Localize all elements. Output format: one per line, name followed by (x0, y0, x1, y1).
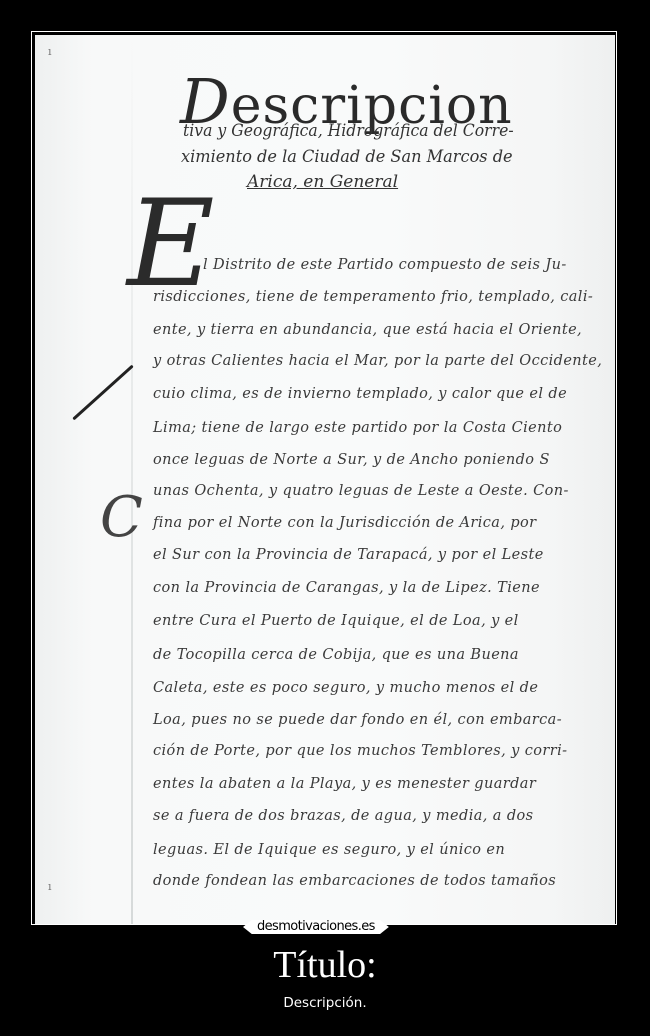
manuscript-line: se a fuera de dos brazas, de agua, y med… (153, 808, 603, 824)
manuscript-line: donde fondean las embarcaciones de todos… (153, 873, 603, 889)
manuscript-line: once leguas de Norte a Sur, y de Ancho p… (153, 452, 603, 468)
poster-title: Título: (0, 943, 650, 987)
manuscript-line: de Tocopilla cerca de Cobija, que es una… (153, 647, 603, 663)
page-mark: ı (48, 45, 52, 58)
manuscript-line: l Distrito de este Partido compuesto de … (203, 257, 615, 273)
manuscript-line: risdicciones, tiene de temperamento frio… (153, 289, 603, 305)
manuscript-line: con la Provincia de Carangas, y la de Li… (153, 580, 603, 596)
manuscript-line: entes la abaten a la Playa, y es meneste… (153, 776, 603, 792)
manuscript-line: ción de Porte, por que los muchos Temblo… (153, 743, 603, 759)
manuscript-line: cuio clima, es de invierno templado, y c… (153, 386, 603, 402)
manuscript-line: fina por el Norte con la Jurisdicción de… (153, 515, 603, 531)
manuscript-line: entre Cura el Puerto de Iquique, el de L… (153, 613, 603, 629)
margin-flourish: C (100, 490, 143, 546)
quill-stroke (72, 365, 133, 421)
page-mark: ı (48, 880, 52, 893)
subtitle-line: Arica, en General (247, 172, 398, 192)
subtitle-line: ximiento de la Ciudad de San Marcos de (181, 147, 513, 167)
manuscript-line: el Sur con la Provincia de Tarapacá, y p… (153, 547, 603, 563)
manuscript-line: ente, y tierra en abundancia, que está h… (153, 322, 603, 338)
brand-watermark: desmotivaciones.es (243, 920, 389, 934)
manuscript-image: ı ı Descripcion tiva y Geográfica, Hidro… (35, 35, 615, 924)
manuscript-line: Loa, pues no se puede dar fondo en él, c… (153, 712, 603, 728)
manuscript-line: y otras Calientes hacia el Mar, por la p… (153, 353, 603, 369)
manuscript-line: unas Ochenta, y quatro leguas de Leste a… (153, 483, 603, 499)
manuscript-line: Lima; tiene de largo este partido por la… (153, 420, 603, 436)
illuminated-initial: E (127, 185, 215, 305)
manuscript-line: leguas. El de Iquique es seguro, y el ún… (153, 842, 603, 858)
page-margin-line (131, 35, 133, 924)
subtitle-line: tiva y Geográfica, Hidrográfica del Corr… (183, 121, 514, 141)
poster-description: Descripción. (0, 995, 650, 1011)
manuscript-line: Caleta, este es poco seguro, y mucho men… (153, 680, 603, 696)
